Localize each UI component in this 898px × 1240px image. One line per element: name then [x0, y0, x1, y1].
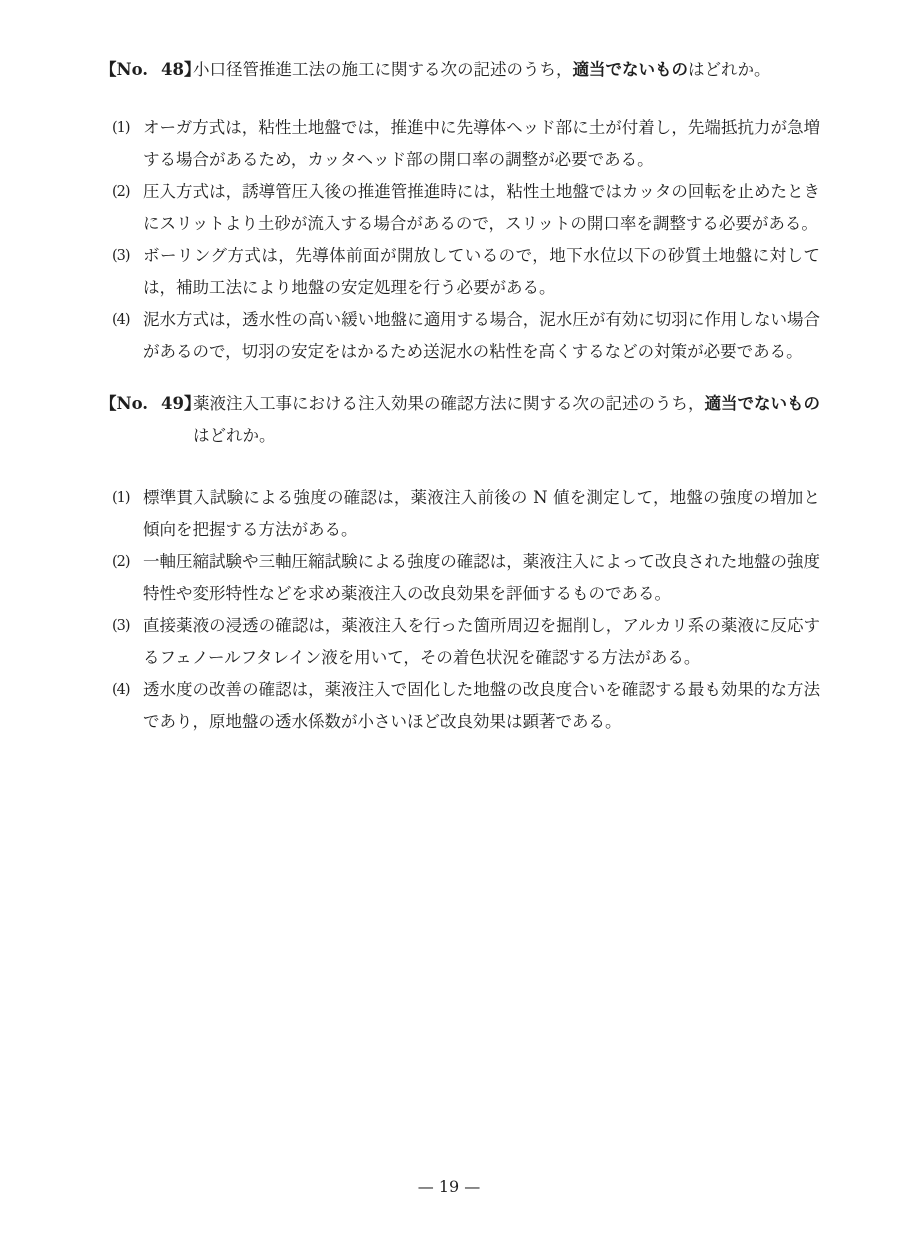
choice-marker: (3) [112, 240, 130, 272]
choice-text: 透水度の改善の確認は，薬液注入で固化した地盤の改良度合いを確認する最も効果的な方… [143, 680, 820, 731]
question-number-prefix: 【No. [100, 394, 148, 413]
choice-marker: (4) [112, 674, 130, 706]
question-48-stem: 小口径管推進工法の施工に関する次の記述のうち，適当でないものはどれか。 [193, 60, 771, 79]
question-49: 【No.49】 薬液注入工事における注入効果の確認方法に関する次の記述のうち，適… [100, 388, 820, 738]
choice-marker: (1) [112, 482, 130, 514]
question-48: 【No.48】 小口径管推進工法の施工に関する次の記述のうち，適当でないものはど… [100, 54, 820, 368]
question-49-stem: 薬液注入工事における注入効果の確認方法に関する次の記述のうち，適当でないものはど… [193, 394, 820, 445]
choice-marker: (1) [112, 112, 130, 144]
stem-text: 小口径管推進工法の施工に関する次の記述のうち， [193, 60, 573, 79]
choice-text: ボーリング方式は，先導体前面が開放しているので，地下水位以下の砂質土地盤に対して… [143, 246, 820, 297]
question-48-header: 【No.48】 小口径管推進工法の施工に関する次の記述のうち，適当でないものはど… [100, 54, 820, 86]
choice-item: (3) 直接薬液の浸透の確認は，薬液注入を行った箇所周辺を掘削し，アルカリ系の薬… [100, 610, 820, 674]
question-48-choices: (1) オーガ方式は，粘性土地盤では，推進中に先導体ヘッド部に土が付着し，先端抵… [100, 112, 820, 368]
choice-item: (2) 一軸圧縮試験や三軸圧縮試験による強度の確認は，薬液注入によって改良された… [100, 546, 820, 610]
choice-item: (4) 透水度の改善の確認は，薬液注入で固化した地盤の改良度合いを確認する最も効… [100, 674, 820, 738]
choice-text: 一軸圧縮試験や三軸圧縮試験による強度の確認は，薬液注入によって改良された地盤の強… [143, 552, 820, 603]
choice-item: (1) 標準貫入試験による強度の確認は，薬液注入前後の N 値を測定して，地盤の… [100, 482, 820, 546]
stem-bold-text: 適当でないもの [705, 394, 821, 413]
question-49-choices: (1) 標準貫入試験による強度の確認は，薬液注入前後の N 値を測定して，地盤の… [100, 482, 820, 738]
stem-text: 薬液注入工事における注入効果の確認方法に関する次の記述のうち， [193, 394, 705, 413]
question-48-number: 【No.48】 [100, 54, 201, 86]
choice-text: 圧入方式は，誘導管圧入後の推進管推進時には，粘性土地盤ではカッタの回転を止めたと… [143, 182, 820, 233]
choice-text: 泥水方式は，透水性の高い緩い地盤に適用する場合，泥水圧が有効に切羽に作用しない場… [143, 310, 820, 361]
choice-marker: (3) [112, 610, 130, 642]
choice-marker: (4) [112, 304, 130, 336]
question-number-prefix: 【No. [100, 60, 148, 79]
page-content: 【No.48】 小口径管推進工法の施工に関する次の記述のうち，適当でないものはど… [100, 54, 820, 738]
question-49-header: 【No.49】 薬液注入工事における注入効果の確認方法に関する次の記述のうち，適… [100, 388, 820, 452]
choice-item: (4) 泥水方式は，透水性の高い緩い地盤に適用する場合，泥水圧が有効に切羽に作用… [100, 304, 820, 368]
choice-text: 直接薬液の浸透の確認は，薬液注入を行った箇所周辺を掘削し，アルカリ系の薬液に反応… [143, 616, 820, 667]
choice-item: (1) オーガ方式は，粘性土地盤では，推進中に先導体ヘッド部に土が付着し，先端抵… [100, 112, 820, 176]
question-number-value: 49】 [161, 394, 200, 413]
choice-item: (3) ボーリング方式は，先導体前面が開放しているので，地下水位以下の砂質土地盤… [100, 240, 820, 304]
choice-text: オーガ方式は，粘性土地盤では，推進中に先導体ヘッド部に土が付着し，先端抵抗力が急… [143, 118, 820, 169]
choice-marker: (2) [112, 546, 130, 578]
page-number: — 19 — [0, 1177, 898, 1196]
choice-item: (2) 圧入方式は，誘導管圧入後の推進管推進時には，粘性土地盤ではカッタの回転を… [100, 176, 820, 240]
document-page: 【No.48】 小口径管推進工法の施工に関する次の記述のうち，適当でないものはど… [0, 0, 898, 1240]
question-49-number: 【No.49】 [100, 388, 201, 420]
stem-bold-text: 適当でないもの [573, 60, 689, 79]
question-number-value: 48】 [161, 60, 200, 79]
stem-text: はどれか。 [688, 60, 771, 79]
choice-marker: (2) [112, 176, 130, 208]
stem-text: はどれか。 [193, 426, 276, 445]
choice-text: 標準貫入試験による強度の確認は，薬液注入前後の N 値を測定して，地盤の強度の増… [143, 488, 820, 539]
